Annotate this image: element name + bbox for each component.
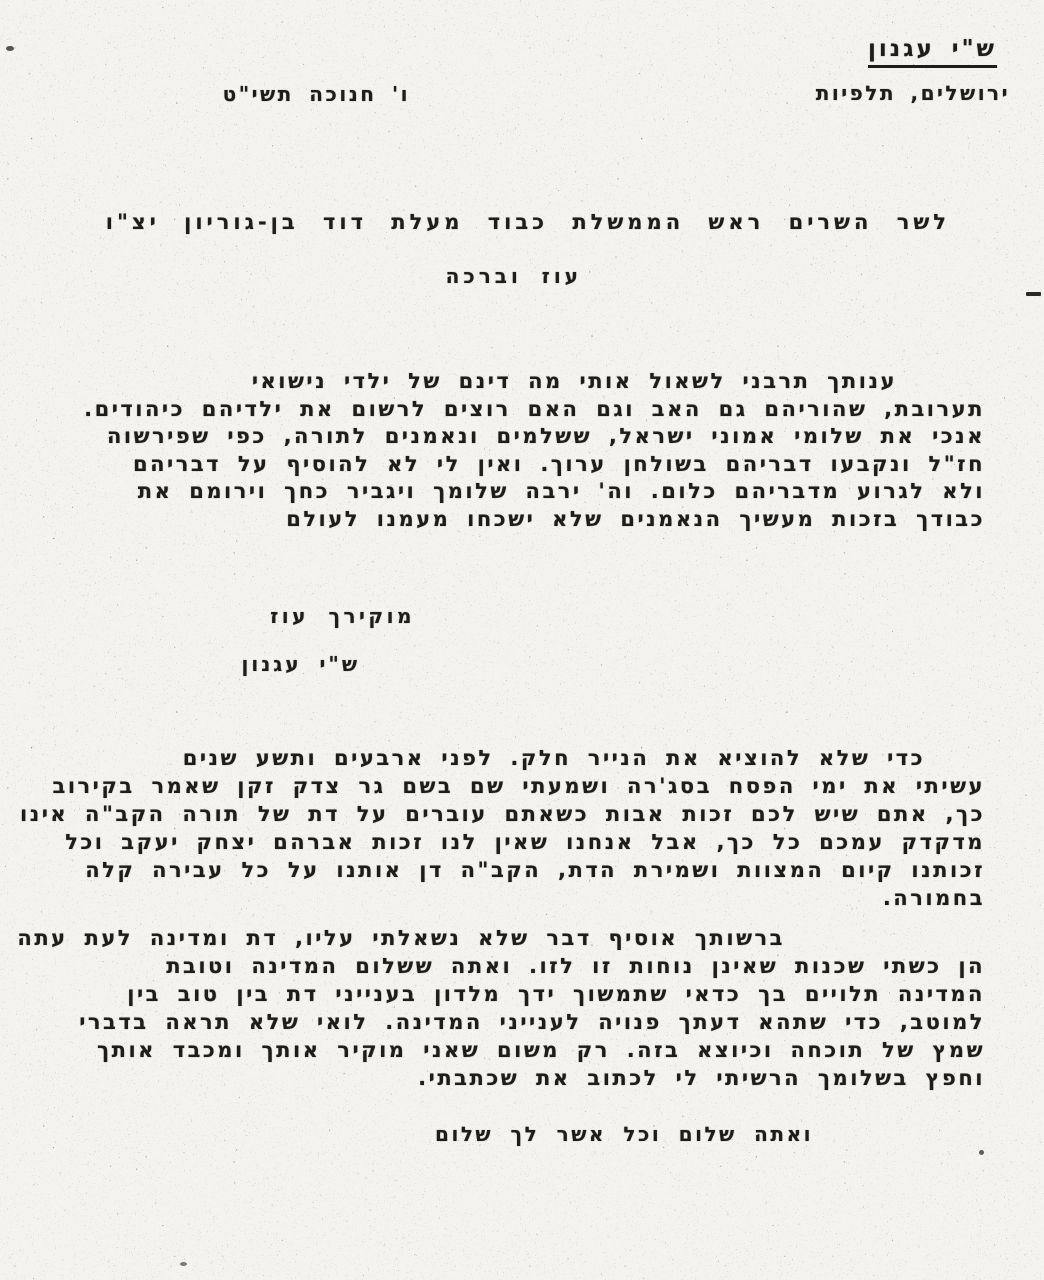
postscript-line: בחמורה. <box>26 884 985 912</box>
postscript-line: למוטב, כדי שתהא דעתך פנויה לענייני המדינ… <box>26 1008 985 1036</box>
body-line: ולא לגרוע מדבריהם כלום. וה' ירבה שלומך ו… <box>26 478 985 506</box>
letter-date: ו' חנוכה תשי"ט <box>223 82 410 106</box>
postscript-paragraph-2: ברשותך אוסיף דבר שלא נשאלתי עליו, דת ומד… <box>26 924 985 1092</box>
scan-artifact-dash <box>1026 292 1041 296</box>
scanned-letter-page: ש"י עגנון ירושלים, תלפיות ו' חנוכה תשי"ט… <box>0 0 1044 1280</box>
postscript-line: כך, אתם שיש לכם זכות אבות כשאתם עוברים ע… <box>26 800 985 828</box>
postscript-line: שמץ של תוכחה וכיוצא בזה. רק משום שאני מו… <box>26 1036 985 1064</box>
scan-artifact-fleck <box>6 46 14 51</box>
body-line: תערובת, שהוריהם גם האב וגם האם רוצים לרש… <box>26 396 985 424</box>
body-line: כבודך בזכות מעשיך הנאמנים שלא ישכחו מעמנ… <box>26 506 985 534</box>
body-line: אנכי את שלומי אמוני ישראל, ששלמים ונאמני… <box>26 423 985 451</box>
postscript-line: הן כשתי שכנות שאינן נוחות זו לזו. ואתה ש… <box>26 952 985 980</box>
scan-artifact-fleck <box>180 1262 187 1266</box>
postscript-line: ברשותך אוסיף דבר שלא נשאלתי עליו, דת ומד… <box>26 924 985 952</box>
sender-address: ירושלים, תלפיות <box>816 81 1010 105</box>
addressee-line: לשר השרים ראש הממשלת כבוד מעלת דוד בן-גו… <box>106 210 950 234</box>
sender-name: ש"י עגנון <box>868 36 997 68</box>
postscript-line: עשיתי את ימי הפסח בסג'רה ושמעתי שם בשם ג… <box>26 772 985 800</box>
postscript-line: זכותנו קיום המצוות ושמירת הדת, הקב"ה דן … <box>26 856 985 884</box>
postscript-paragraph-1: כדי שלא להוציא את הנייר חלק. לפני ארבעים… <box>26 744 985 912</box>
body-line: ענותך תרבני לשאול אותי מה דינם של ילדי נ… <box>26 368 985 396</box>
closing-line: ואתה שלום וכל אשר לך שלום <box>435 1122 813 1146</box>
signature: ש"י עגנון <box>242 652 361 676</box>
salutation: עוז וברכה <box>446 264 582 288</box>
body-paragraph: ענותך תרבני לשאול אותי מה דינם של ילדי נ… <box>26 368 985 533</box>
postscript-line: המדינה תלויים בך כדאי שתמשוך ידך מלדון ב… <box>26 980 985 1008</box>
scan-artifact-fleck <box>979 1150 984 1155</box>
signoff: מוקירך עוז <box>270 604 415 628</box>
postscript-line: וחפץ בשלומך הרשיתי לי לכתוב את שכתבתי. <box>26 1064 985 1092</box>
postscript-line: מדקדק עמכם כל כך, אבל אנחנו שאין לנו זכו… <box>26 828 985 856</box>
body-line: חז"ל ונקבעו דבריהם בשולחן ערוך. ואין לי … <box>26 451 985 479</box>
postscript-line: כדי שלא להוציא את הנייר חלק. לפני ארבעים… <box>26 744 985 772</box>
